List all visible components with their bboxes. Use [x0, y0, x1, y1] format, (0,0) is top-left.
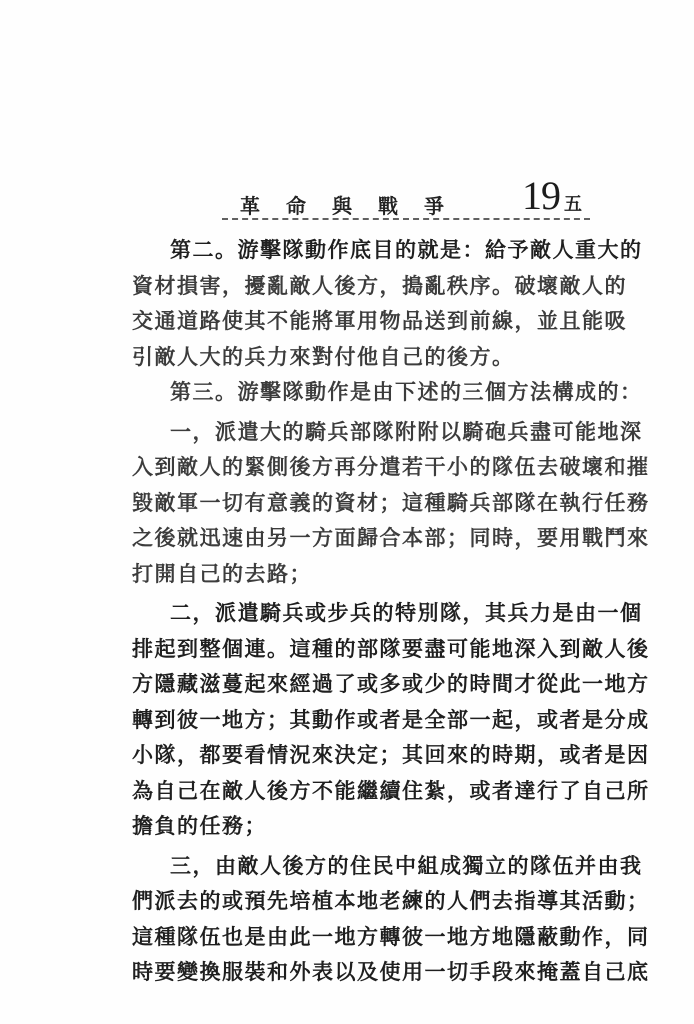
text-line: 擔負的任務； [132, 808, 632, 844]
text-line: 引敵人大的兵力來對付他自己的後方。 [132, 339, 632, 375]
text-line: 轉到彼一地方；其動作或者是全部一起，或者是分成 [132, 702, 632, 738]
text-line: 為自己在敵人後方不能繼續住紮，或者達行了自己所 [132, 773, 632, 809]
header-rule [222, 218, 590, 220]
text-line: 一，派遣大的騎兵部隊附附以騎砲兵盡可能地深 [132, 414, 632, 450]
text-line: 排起到整個連。這種的部隊要盡可能地深入到敵人後 [132, 631, 632, 667]
text-line: 第二。游擊隊動作底目的就是：給予敵人重大的 [132, 232, 632, 268]
text-line: 二，派遣騎兵或步兵的特別隊，其兵力是由一個 [132, 595, 632, 631]
list-item-one: 一，派遣大的騎兵部隊附附以騎砲兵盡可能地深 入到敵人的緊側後方再分遣若干小的隊伍… [132, 414, 632, 592]
page-number-chinese: 五 [564, 190, 582, 216]
text-line: 毀敵軍一切有意義的資材；這種騎兵部隊在執行任務 [132, 485, 632, 521]
text-line: 交通道路使其不能將軍用物品送到前線，並且能吸 [132, 303, 632, 339]
list-item-three: 三，由敵人後方的住民中組成獨立的隊伍并由我 們派去的或預先培植本地老練的人們去指… [132, 848, 632, 990]
text-line: 這種隊伍也是由此一地方轉彼一地方地隱蔽動作，同 [132, 919, 632, 955]
text-line: 小隊，都要看情況來決定；其回來的時期，或者是因 [132, 737, 632, 773]
text-line: 資材損害，擾亂敵人後方，搗亂秩序。破壞敵人的 [132, 268, 632, 304]
text-line: 們派去的或預先培植本地老練的人們去指導其活動； [132, 883, 632, 919]
text-line: 入到敵人的緊側後方再分遣若干小的隊伍去破壞和摧 [132, 449, 632, 485]
text-line: 之後就迅速由另一方面歸合本部；同時，要用戰鬥來 [132, 520, 632, 556]
scanned-page: 革命與戰爭 19 五 第二。游擊隊動作底目的就是：給予敵人重大的 資材損害，擾亂… [0, 0, 694, 1024]
page-header: 革命與戰爭 19 五 [222, 168, 612, 224]
text-line: 打開自己的去路； [132, 556, 632, 592]
text-line: 三，由敵人後方的住民中組成獨立的隊伍并由我 [132, 848, 632, 884]
paragraph-second: 第二。游擊隊動作底目的就是：給予敵人重大的 資材損害，擾亂敵人後方，搗亂秩序。破… [132, 232, 632, 374]
body-text: 第二。游擊隊動作底目的就是：給予敵人重大的 資材損害，擾亂敵人後方，搗亂秩序。破… [132, 232, 632, 990]
running-title: 革命與戰爭 [240, 190, 470, 219]
paragraph-third: 第三。游擊隊動作是由下述的三個方法構成的： [132, 374, 632, 410]
text-line: 方隱藏滋蔓起來經過了或多或少的時間才從此一地方 [132, 666, 632, 702]
page-number: 19 [522, 172, 560, 219]
text-line: 時要變換服裝和外表以及使用一切手段來掩蓋自己底 [132, 954, 632, 990]
list-item-two: 二，派遣騎兵或步兵的特別隊，其兵力是由一個 排起到整個連。這種的部隊要盡可能地深… [132, 595, 632, 844]
text-line: 第三。游擊隊動作是由下述的三個方法構成的： [132, 374, 632, 410]
